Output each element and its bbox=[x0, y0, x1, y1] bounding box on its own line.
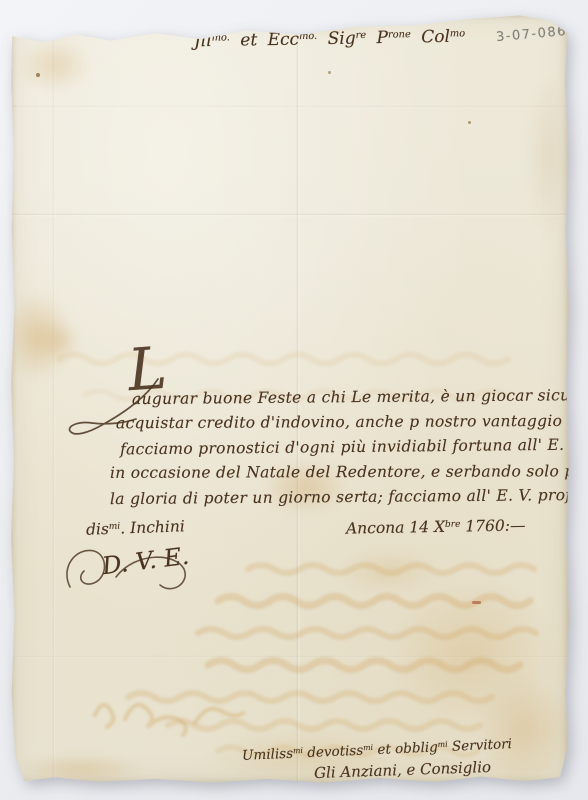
vertical-fold-crease bbox=[52, 13, 56, 785]
foxing-stain bbox=[340, 549, 436, 593]
closing-superscript: mi bbox=[109, 522, 121, 532]
body-line: in occasione del Natale del Redentore, e… bbox=[110, 462, 588, 482]
signature-text: Servitori bbox=[447, 736, 512, 755]
salutation-line: Jllmo. et Eccmo. Sigre Prone Colmo bbox=[194, 27, 466, 52]
signature-superscript: mi bbox=[437, 740, 447, 749]
foxing-stain bbox=[388, 579, 556, 725]
salutation-text: Jll bbox=[194, 31, 212, 51]
horizontal-fold-crease bbox=[10, 105, 570, 109]
ink-speck bbox=[328, 71, 331, 74]
ink-bleedthrough-lower bbox=[68, 553, 548, 768]
salutation-superscript: rone bbox=[388, 29, 411, 40]
salutation-text: P bbox=[366, 28, 388, 48]
salutation-superscript: mo. bbox=[299, 31, 317, 42]
body-line: acquistar credito d'indovino, anche p no… bbox=[116, 412, 588, 432]
body-line: la gloria di poter un giorno serta; facc… bbox=[110, 486, 588, 508]
salutation-superscript: mo bbox=[450, 28, 465, 39]
ink-speck bbox=[468, 121, 471, 124]
signature-line-2: Gli Anziani, e Consiglio bbox=[314, 758, 492, 782]
edge-toning-stain bbox=[526, 69, 570, 239]
foxing-stain bbox=[36, 319, 80, 363]
closing-text: dis bbox=[86, 520, 109, 539]
signature-text: et obblig bbox=[373, 739, 438, 758]
salutation-superscript: re bbox=[356, 30, 367, 41]
body-line: augurar buone Feste a chi Le merita, è u… bbox=[132, 386, 588, 408]
foxing-stain bbox=[4, 291, 70, 383]
signature-text: devotiss bbox=[303, 743, 364, 762]
salutation-text: Sig bbox=[317, 29, 356, 50]
red-ink-speck bbox=[472, 601, 481, 604]
signature-text: Umiliss bbox=[242, 746, 294, 764]
catalog-number: 3-07-086 bbox=[495, 24, 567, 45]
signature-superscript: mi bbox=[293, 746, 303, 755]
foxing-stain bbox=[18, 37, 92, 93]
closing-line: dismi. Inchini bbox=[86, 517, 185, 538]
dateline-superscript: bre bbox=[445, 520, 461, 530]
body-line: facciamo pronostici d'ogni più invidiabi… bbox=[120, 436, 584, 459]
monogram: D. V. E. bbox=[101, 542, 191, 580]
foxing-stain bbox=[16, 755, 146, 783]
ink-speck bbox=[36, 73, 40, 77]
ink-bleedthrough-flourish bbox=[85, 675, 255, 740]
horizontal-fold-crease bbox=[10, 213, 570, 217]
horizontal-fold-crease bbox=[10, 655, 570, 659]
manuscript-page: 3-07-086 Jllmo. et Eccmo. Sigre Prone Co… bbox=[10, 13, 570, 785]
salutation-text: et Ecc bbox=[230, 30, 299, 51]
salutation-text: Col bbox=[411, 27, 450, 48]
salutation-superscript: mo. bbox=[212, 32, 230, 43]
dateline-text: 1760:— bbox=[460, 516, 525, 535]
closing-text: . Inchini bbox=[120, 517, 185, 537]
dateline-text: Ancona 14 X bbox=[346, 518, 445, 538]
dateline: Ancona 14 Xbre 1760:— bbox=[346, 516, 526, 537]
manuscript-page-wrap: 3-07-086 Jllmo. et Eccmo. Sigre Prone Co… bbox=[10, 13, 570, 785]
scanner-background: 3-07-086 Jllmo. et Eccmo. Sigre Prone Co… bbox=[0, 0, 588, 800]
signature-superscript: mi bbox=[363, 743, 373, 752]
